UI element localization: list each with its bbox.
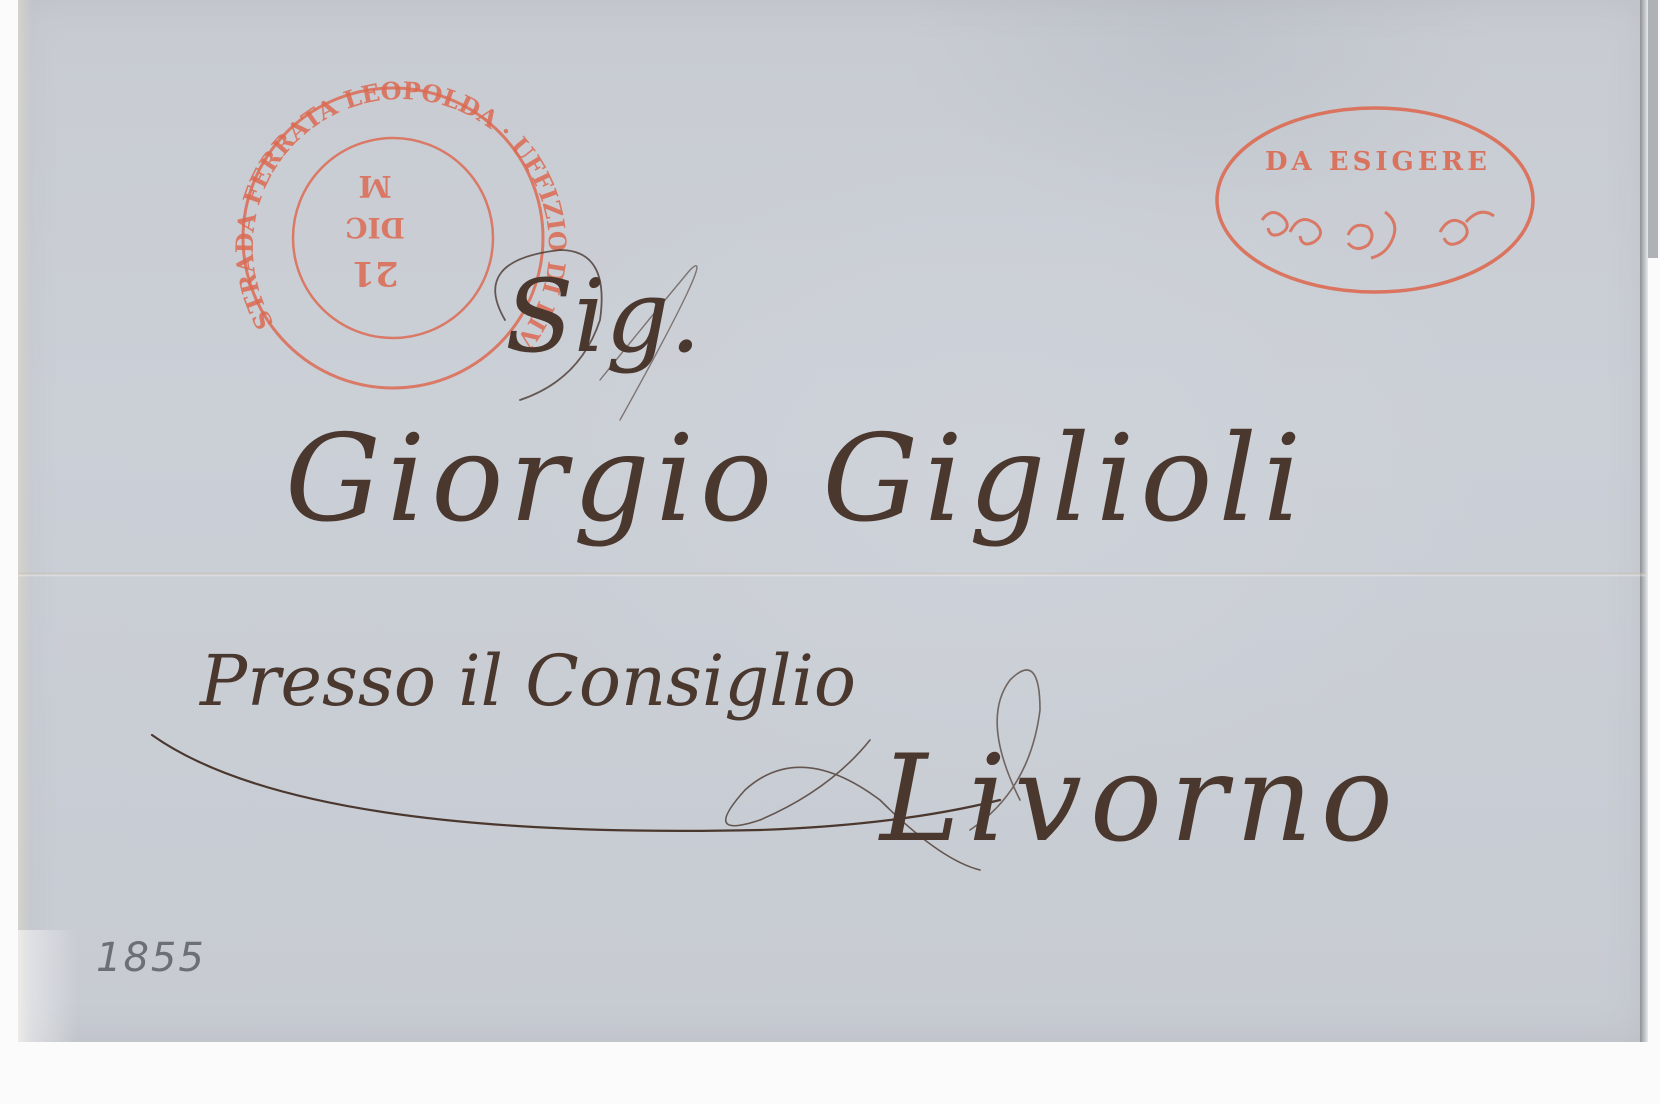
calligraphy-flourishes [0, 0, 1660, 1104]
recipient-name: Giorgio Giglioli [285, 410, 1307, 549]
city: Livorno [880, 730, 1401, 869]
pencil-year-note: 1855 [96, 935, 206, 981]
care-of-line: Presso il Consiglio [200, 640, 856, 722]
salutation: Sig. [505, 258, 701, 375]
